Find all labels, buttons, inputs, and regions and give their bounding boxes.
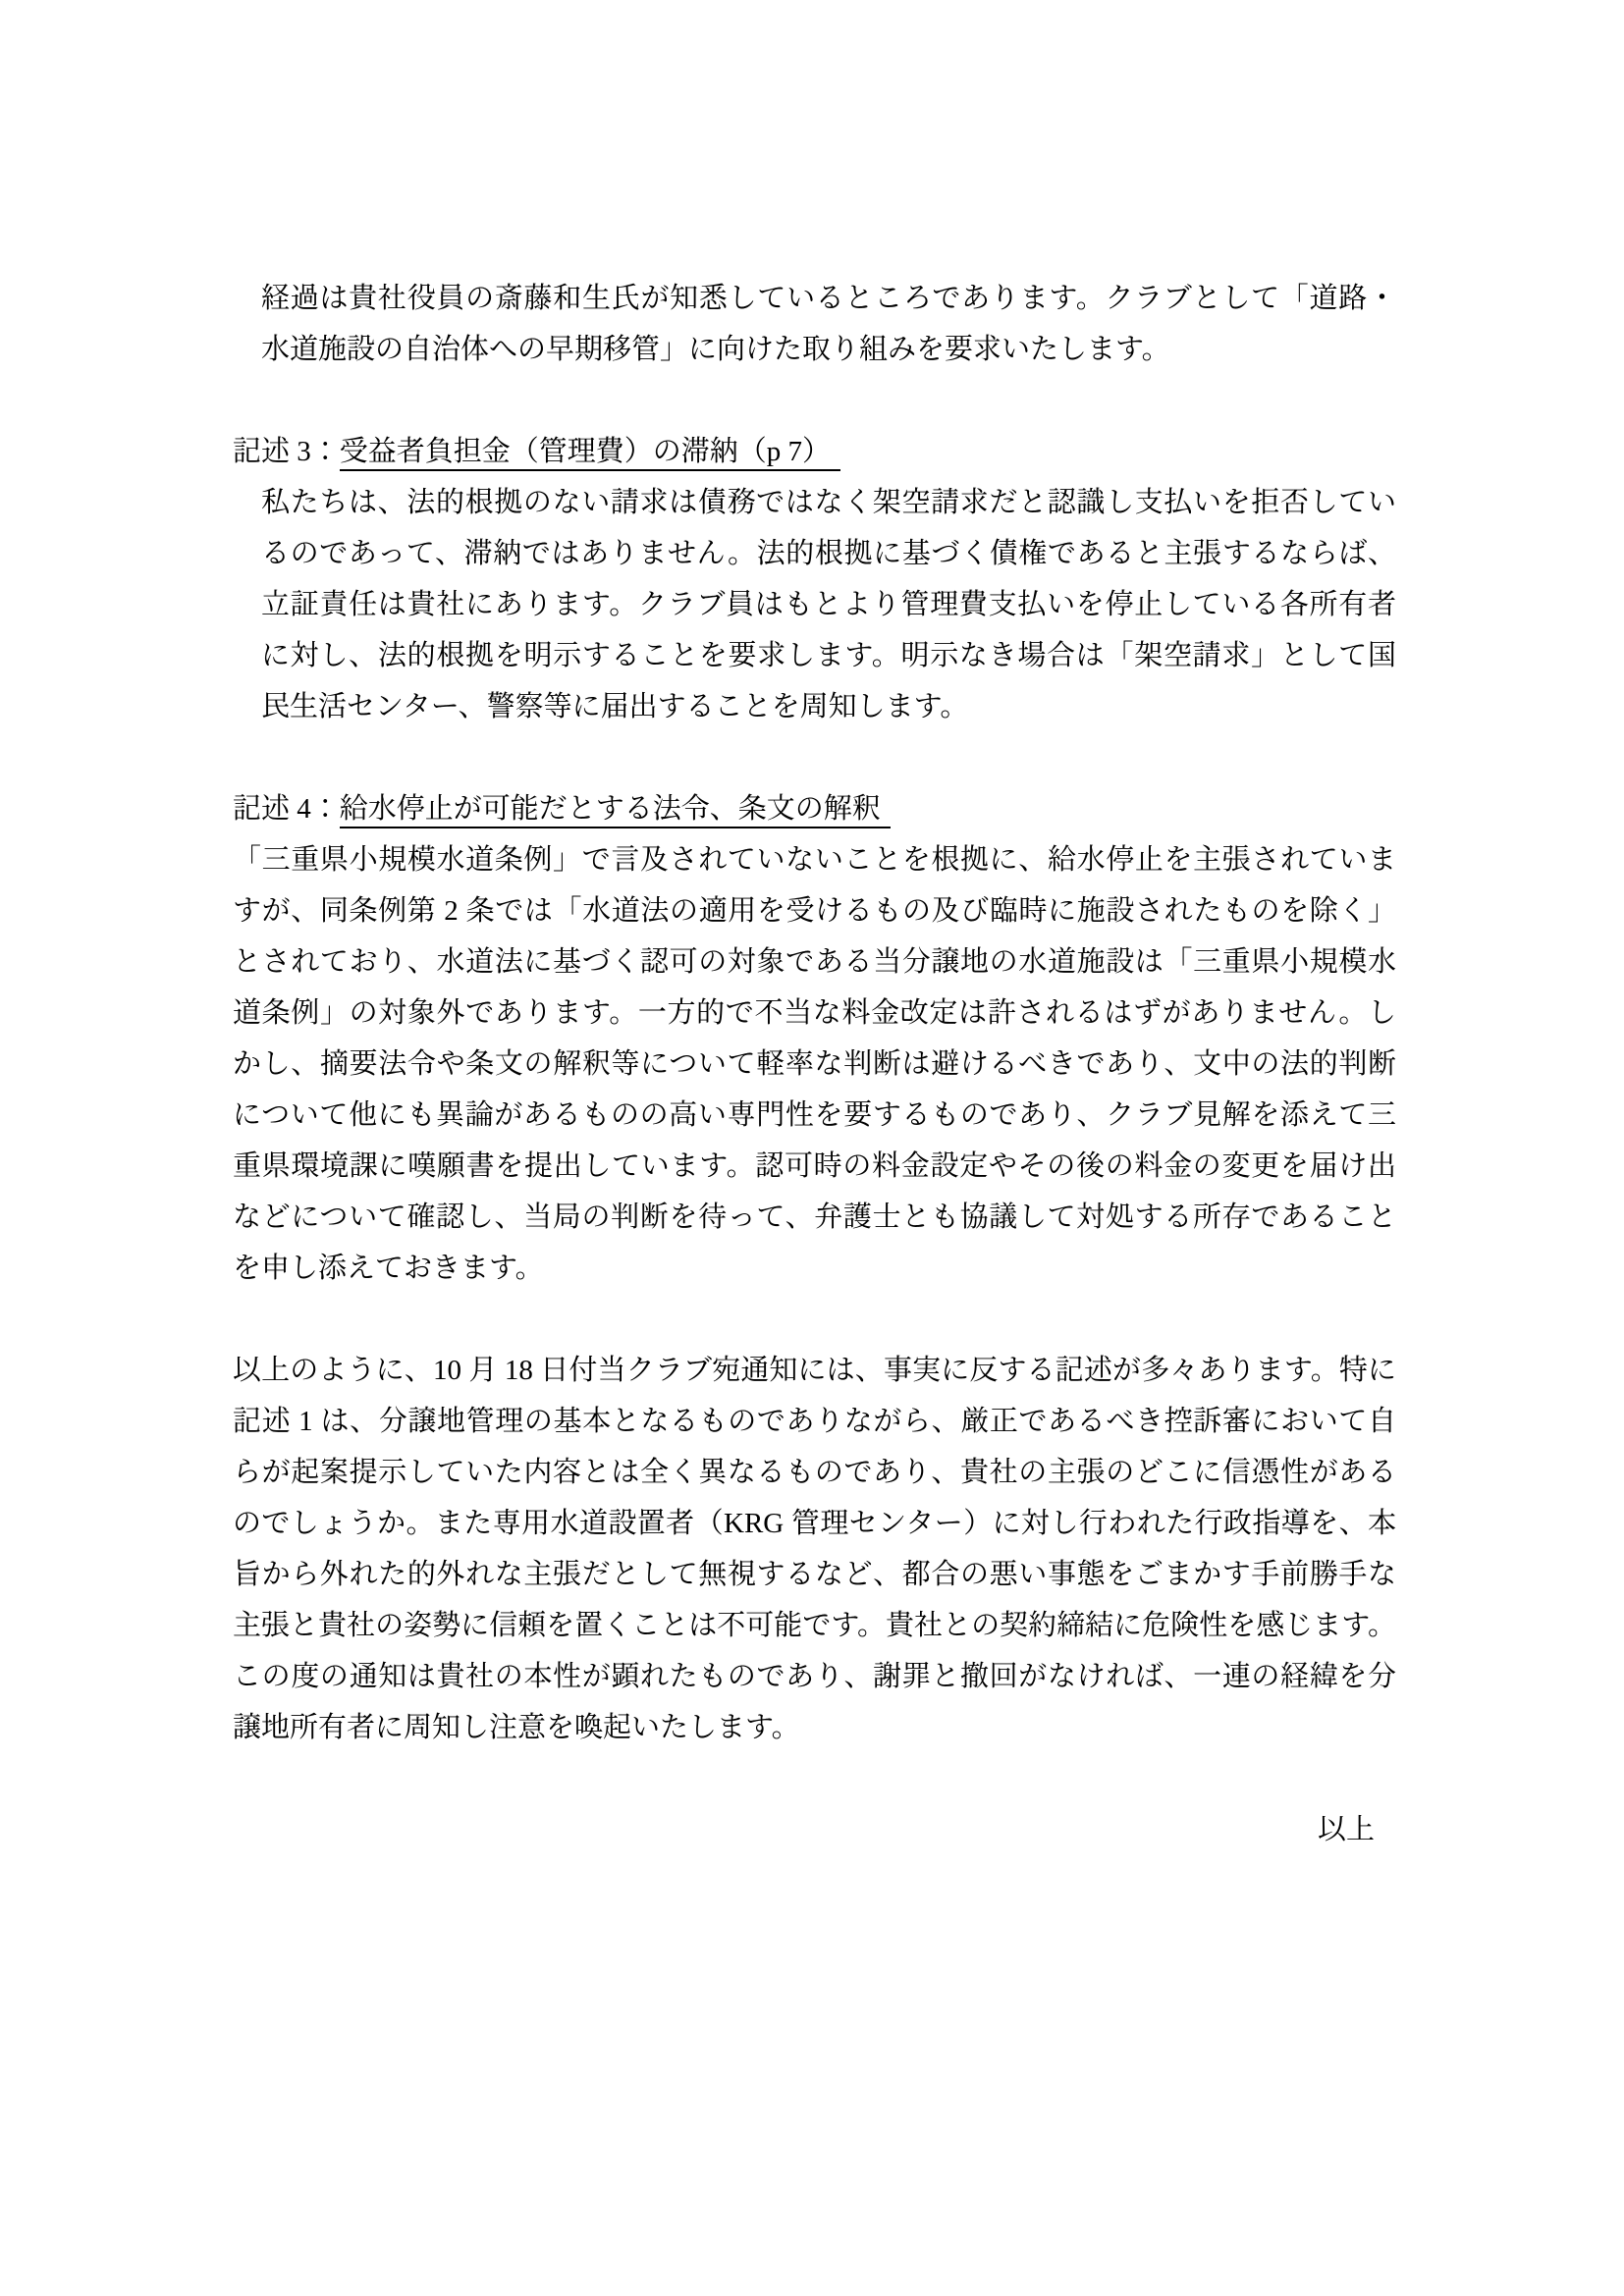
section-3-body: 私たちは、法的根拠のない請求は債務ではなく架空請求だと認識し支払いを拒否している…: [233, 477, 1396, 732]
signoff: 以上: [233, 1804, 1396, 1855]
section-3-heading-label: 記述 3：: [233, 436, 340, 467]
document-page: 経過は貴社役員の斎藤和生氏が知悉しているところであります。クラブとして「道路・水…: [0, 0, 1624, 2296]
section-4-heading-title: 給水停止が可能だとする法令、条文の解釈: [340, 793, 891, 828]
section-3: 記述 3：受益者負担金（管理費）の滞納（p 7） 私たちは、法的根拠のない請求は…: [233, 426, 1396, 732]
section-4-heading-label: 記述 4：: [233, 793, 340, 825]
section-4: 記述 4：給水停止が可能だとする法令、条文の解釈 「三重県小規模水道条例」で言及…: [233, 783, 1396, 1294]
section-3-heading-title: 受益者負担金（管理費）の滞納（p 7）: [340, 436, 840, 471]
closing-paragraph: 以上のように、10 月 18 日付当クラブ宛通知には、事実に反する記述が多々あり…: [233, 1345, 1396, 1753]
section-4-heading: 記述 4：給水停止が可能だとする法令、条文の解釈: [233, 783, 1396, 834]
section-3-heading: 記述 3：受益者負担金（管理費）の滞納（p 7）: [233, 426, 1396, 477]
intro-paragraph: 経過は貴社役員の斎藤和生氏が知悉しているところであります。クラブとして「道路・水…: [233, 273, 1396, 375]
section-4-body: 「三重県小規模水道条例」で言及されていないことを根拠に、給水停止を主張されていま…: [233, 834, 1396, 1294]
